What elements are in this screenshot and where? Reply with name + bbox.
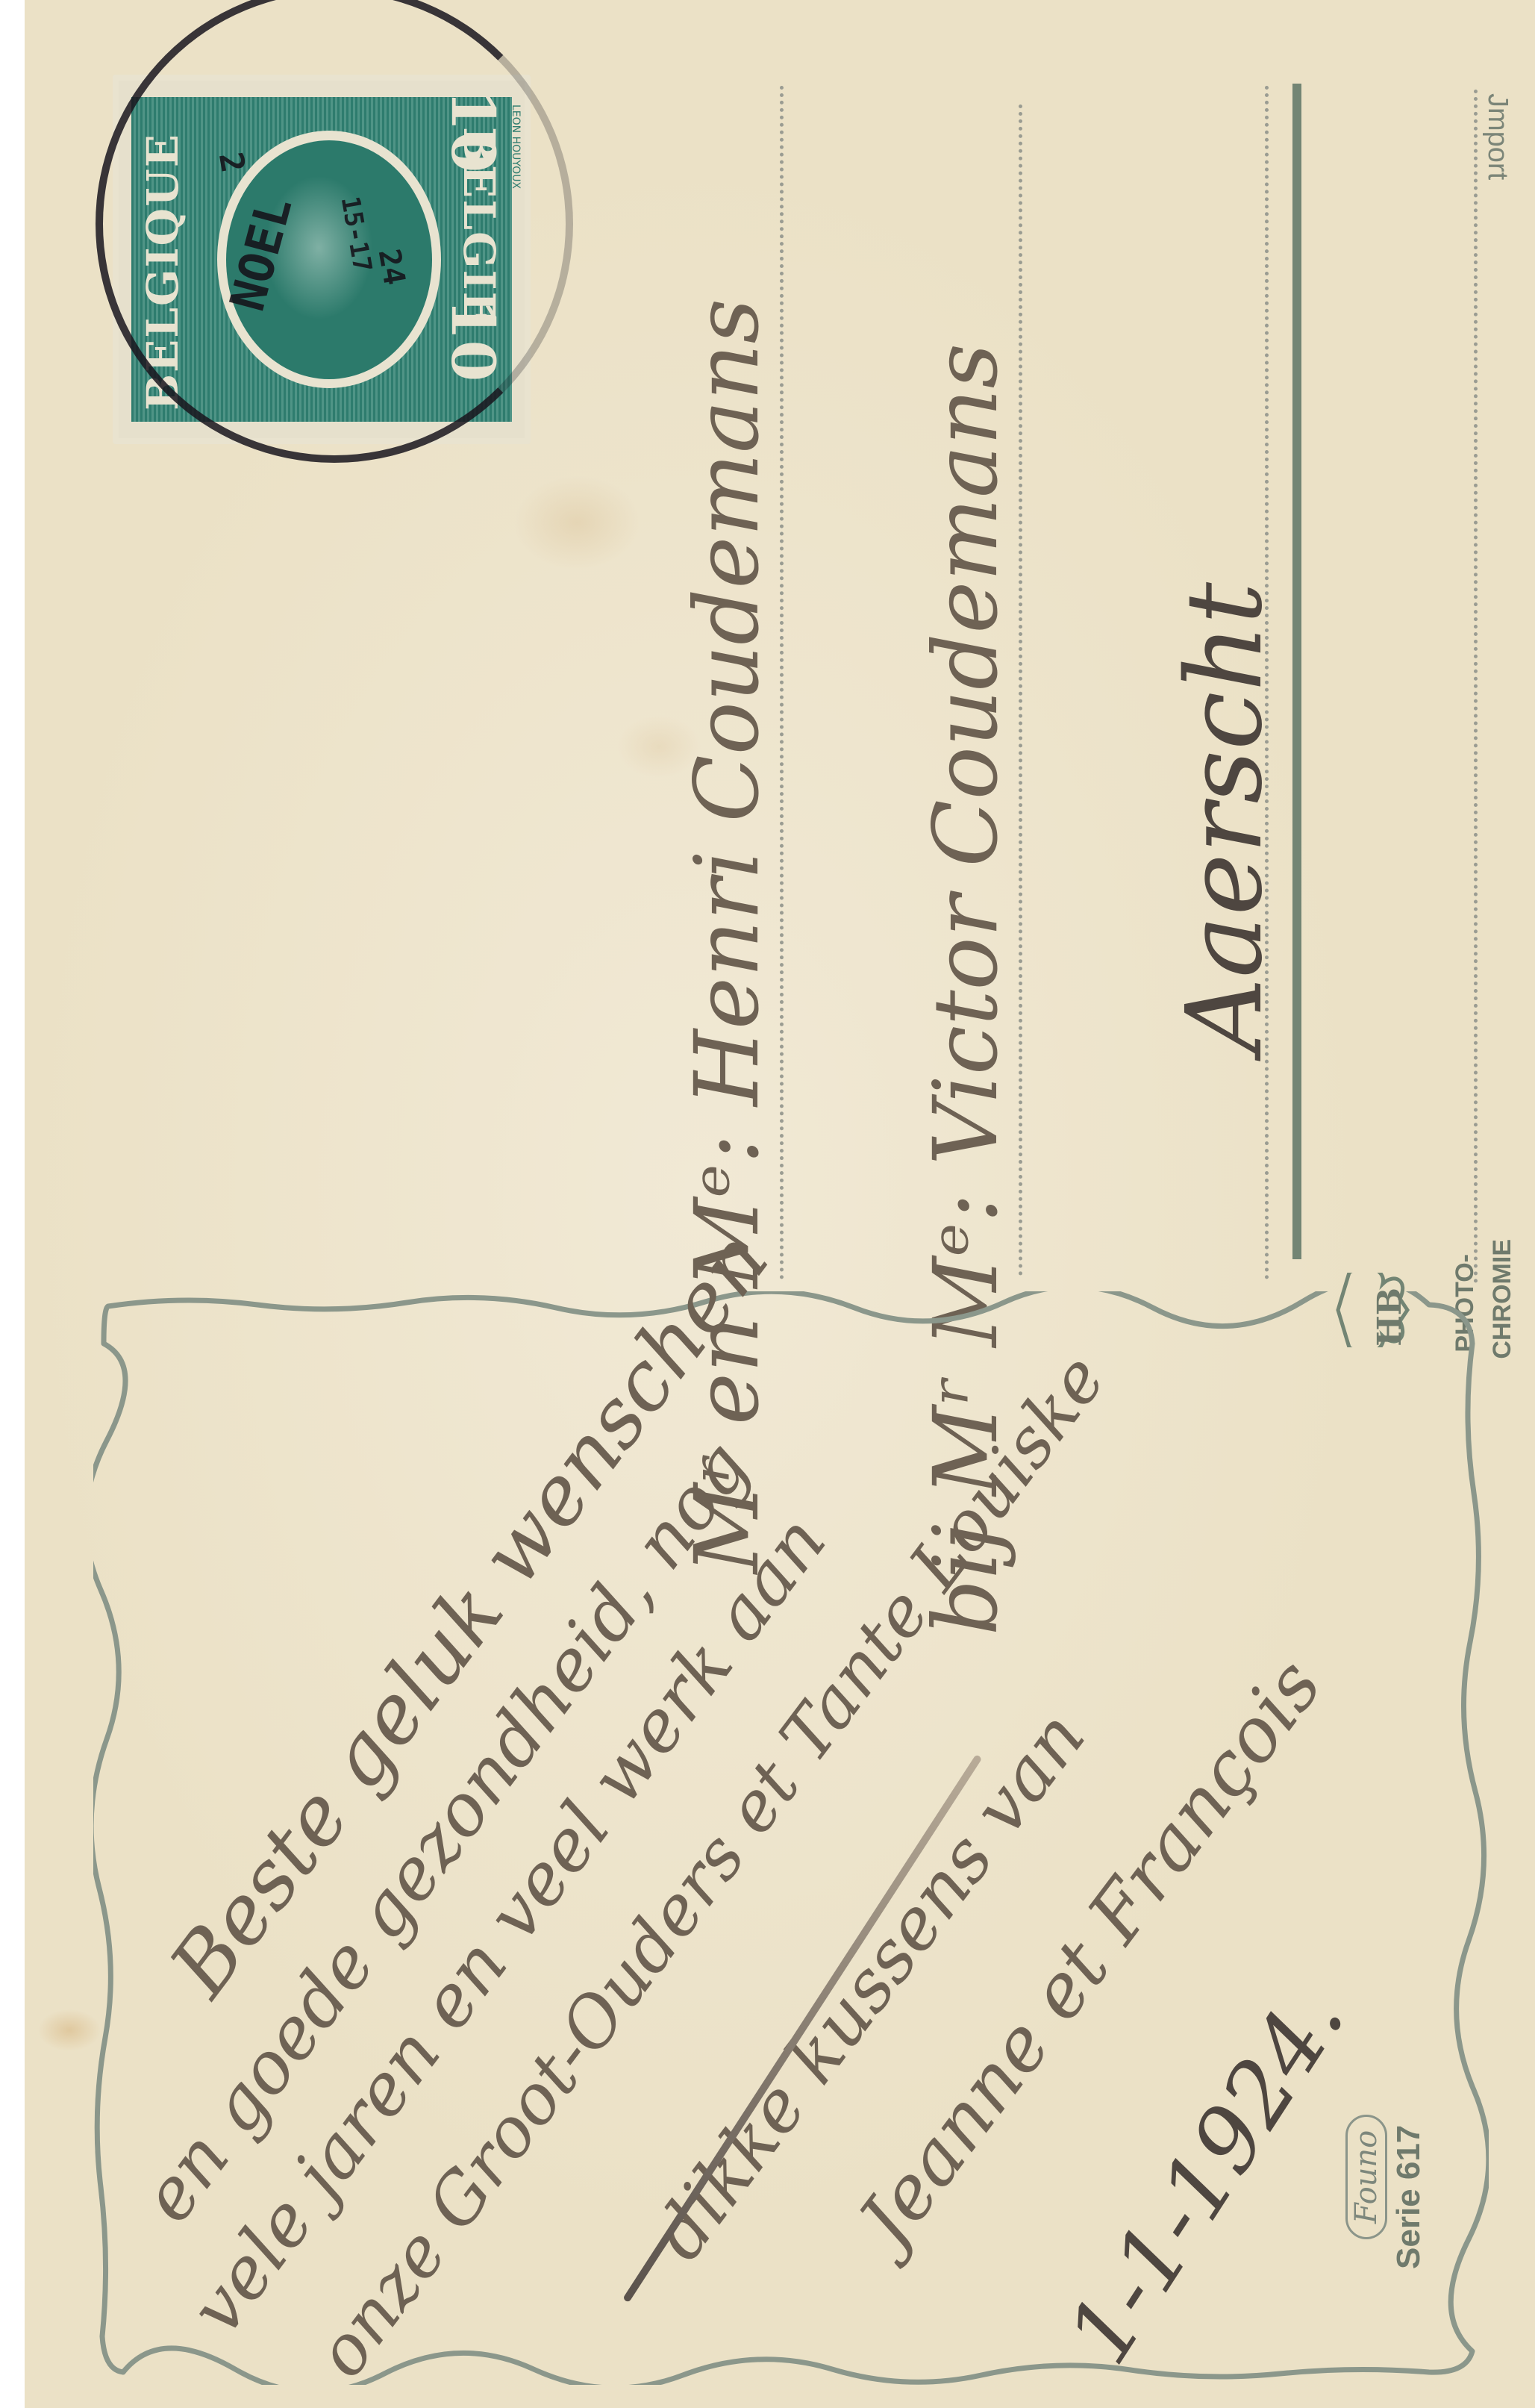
photochromie-chromie: CHROMIE [1488,1239,1517,1359]
address-line-4 [1474,90,1478,1284]
postmark-circle [96,0,573,463]
address-line-1 [780,86,784,1280]
postmark-year: 24 [372,246,412,287]
photochromie-line2: CHROMIE [1488,1239,1517,1359]
address-line-3-text: Aaerscht [1164,582,1286,1053]
series-number: Serie 617 [1390,2125,1428,2269]
artist-signature: Founo [1345,2115,1387,2239]
import-mark: Jmport [1481,93,1513,180]
postcard-back: BELGIQUE BELGIE 10 10 LEON HOUYOUX NOEL … [25,0,1535,2408]
address-town: Aaerscht [1164,582,1286,1053]
address-line-2 [1019,105,1022,1276]
address-rule [1292,84,1301,1259]
